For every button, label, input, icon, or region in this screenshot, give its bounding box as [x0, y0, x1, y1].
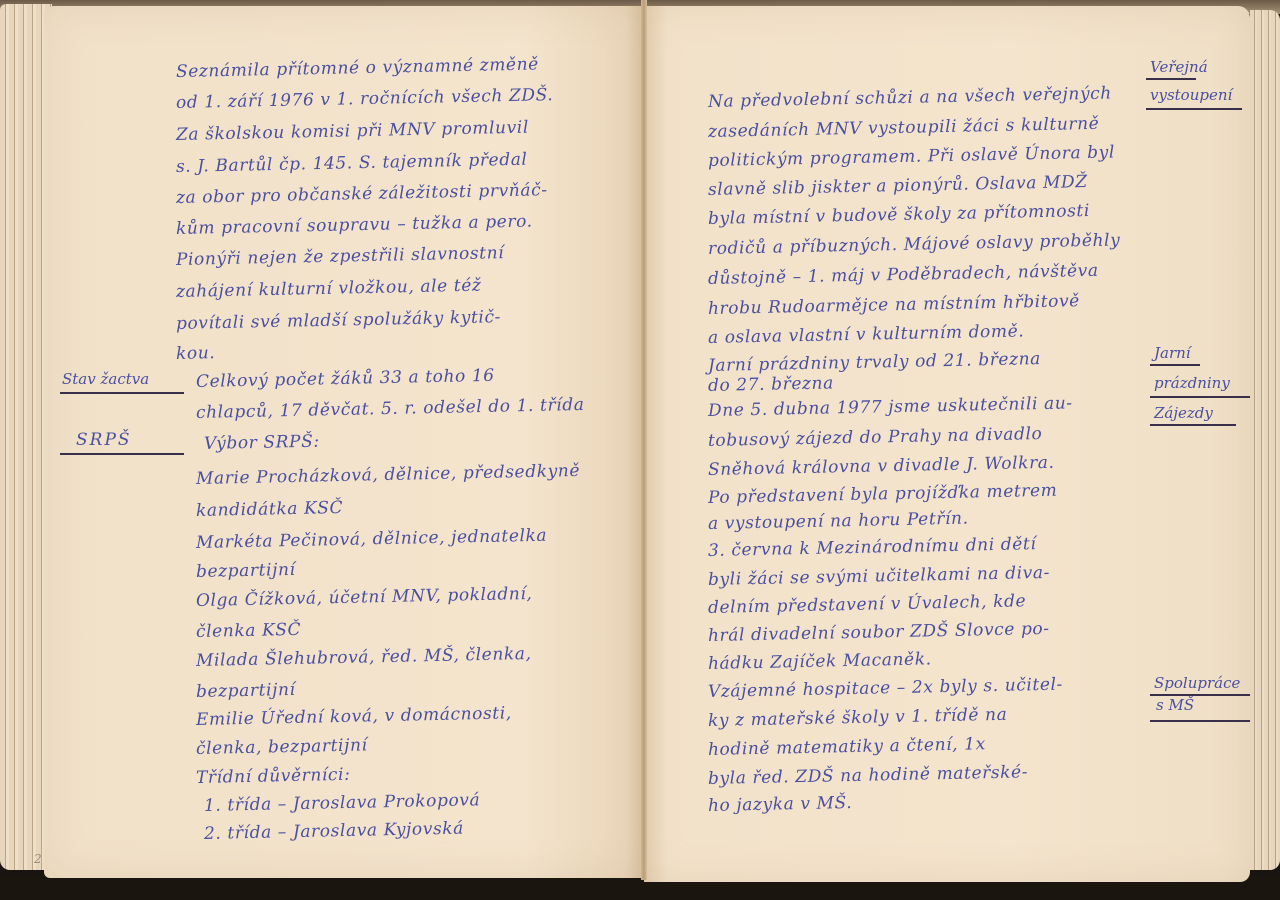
text-line: povítali své mladší spolužáky kytič- — [176, 307, 501, 334]
margin-note-pupil-status: Stav žactva — [62, 370, 149, 388]
margin-note-srps: SRPŠ — [76, 430, 132, 450]
margin-note-cooperation: Spolupráce — [1154, 674, 1240, 692]
margin-note-underline — [60, 453, 184, 455]
text-line: Jarní prázdniny trvaly od 21. března — [708, 349, 1041, 376]
text-line: Milada Šlehubrová, řed. MŠ, členka, — [196, 644, 532, 671]
page-number: 2 — [34, 852, 42, 866]
text-line: Na předvolební schůzi a na všech veřejný… — [708, 84, 1112, 112]
text-line: tobusový zájezd do Prahy na divadlo — [708, 424, 1043, 451]
text-line: hádku Zajíček Macaněk. — [708, 649, 932, 674]
right-page: Na předvolební schůzi a na všech veřejný… — [644, 6, 1250, 882]
text-line: s. J. Bartůl čp. 145. S. tajemník předal — [176, 150, 528, 177]
text-line: kou. — [176, 343, 216, 364]
text-line: hrál divadelní soubor ZDŠ Slovce po- — [708, 619, 1050, 646]
text-line: za obor pro občanské záležitosti prvňáč- — [176, 180, 548, 208]
text-line: hrobu Rudoarmějce na místním hřbitově — [708, 291, 1080, 319]
text-line: Po představení byla projížďka metrem — [708, 481, 1058, 508]
text-line: Seznámila přítomné o významné změně — [176, 54, 539, 82]
margin-note-spring-holidays: Jarní — [1154, 344, 1191, 362]
text-line: 1. třída – Jaroslava Prokopová — [204, 790, 481, 816]
text-line: 3. června k Mezinárodnímu dni dětí — [708, 534, 1037, 561]
margin-note-public-performances: Veřejná — [1150, 58, 1208, 76]
text-line: členka KSČ — [196, 620, 302, 642]
text-line: Celkový počet žáků 33 a toho 16 — [196, 366, 495, 392]
margin-note-underline — [60, 392, 184, 394]
text-line: bezpartijní — [196, 560, 296, 582]
margin-note-underline — [1146, 78, 1196, 80]
text-line: hodině matematiky a čtení, 1x — [708, 734, 986, 760]
text-line: delním představení v Úvalech, kde — [708, 591, 1027, 618]
text-line: od 1. září 1976 v 1. ročnících všech ZDŠ… — [176, 85, 554, 113]
text-line: ky z mateřské školy v 1. třídě na — [708, 705, 1008, 731]
left-page: Seznámila přítomné o významné změně od 1… — [44, 6, 644, 878]
text-line: bezpartijní — [196, 680, 296, 702]
text-line: a oslava vlastní v kulturním domě. — [708, 321, 1025, 348]
text-line: do 27. března — [708, 373, 834, 396]
text-line: politickým programem. Při oslavě Února b… — [708, 142, 1115, 171]
text-line: a vystoupení na horu Petřín. — [708, 509, 969, 534]
open-book: Seznámila přítomné o významné změně od 1… — [0, 0, 1280, 900]
text-line: byla místní v budově školy za přítomnost… — [708, 201, 1090, 229]
text-line: Dne 5. dubna 1977 jsme uskutečnili au- — [708, 393, 1073, 421]
text-line: Olga Čížková, účetní MNV, pokladní, — [196, 584, 533, 611]
text-line: rodičů a příbuzných. Májové oslavy probě… — [708, 230, 1121, 259]
text-line: Sněhová královna v divadle J. Wolkra. — [708, 453, 1055, 480]
margin-note-underline — [1150, 364, 1200, 366]
text-line: byla řed. ZDŠ na hodině mateřské- — [708, 762, 1028, 789]
text-line: byli žáci se svými učitelkami na diva- — [708, 563, 1050, 590]
margin-note-underline — [1146, 108, 1242, 110]
margin-note-underline — [1150, 720, 1250, 722]
text-line: slavně slib jiskter a pionýrů. Oslava MD… — [708, 172, 1088, 200]
text-line: důstojně – 1. máj v Poděbradech, návštěv… — [708, 261, 1099, 289]
book-spine — [641, 0, 647, 880]
page-edges-right — [1250, 10, 1280, 870]
text-line: kům pracovní soupravu – tužka a pero. — [176, 212, 533, 239]
text-line: zahájení kulturní vložkou, ale též — [176, 276, 482, 302]
text-line: Třídní důvěrníci: — [196, 765, 351, 788]
text-line: členka, bezpartijní — [196, 735, 368, 759]
margin-note-trips: Zájezdy — [1154, 404, 1213, 422]
margin-note-underline — [1150, 396, 1250, 398]
margin-note-spring-holidays-2: prázdniny — [1154, 374, 1230, 392]
text-line: Za školskou komisi při MNV promluvil — [176, 118, 529, 145]
text-line: 2. třída – Jaroslava Kyjovská — [204, 819, 464, 844]
text-line: Markéta Pečinová, dělnice, jednatelka — [196, 526, 548, 553]
text-line: Vzájemné hospitace – 2x byly s. učitel- — [708, 675, 1063, 702]
text-line: Marie Procházková, dělnice, předsedkyně — [196, 461, 580, 489]
text-line: ho jazyka v MŠ. — [708, 793, 853, 816]
text-line: Výbor SRPŠ: — [204, 432, 320, 454]
margin-note-cooperation-2: s MŠ — [1156, 696, 1194, 714]
text-line: Pionýři nejen že zpestřili slavnostní — [176, 243, 505, 270]
margin-note-public-performances-2: vystoupení — [1150, 86, 1232, 104]
text-line: Emilie Úřední ková, v domácnosti, — [196, 703, 512, 730]
text-line: zasedáních MNV vystoupili žáci s kulturn… — [708, 114, 1100, 142]
margin-note-underline — [1150, 424, 1236, 426]
text-line: kandidátka KSČ — [196, 498, 344, 521]
text-line: chlapců, 17 děvčat. 5. r. odešel do 1. t… — [196, 395, 585, 423]
